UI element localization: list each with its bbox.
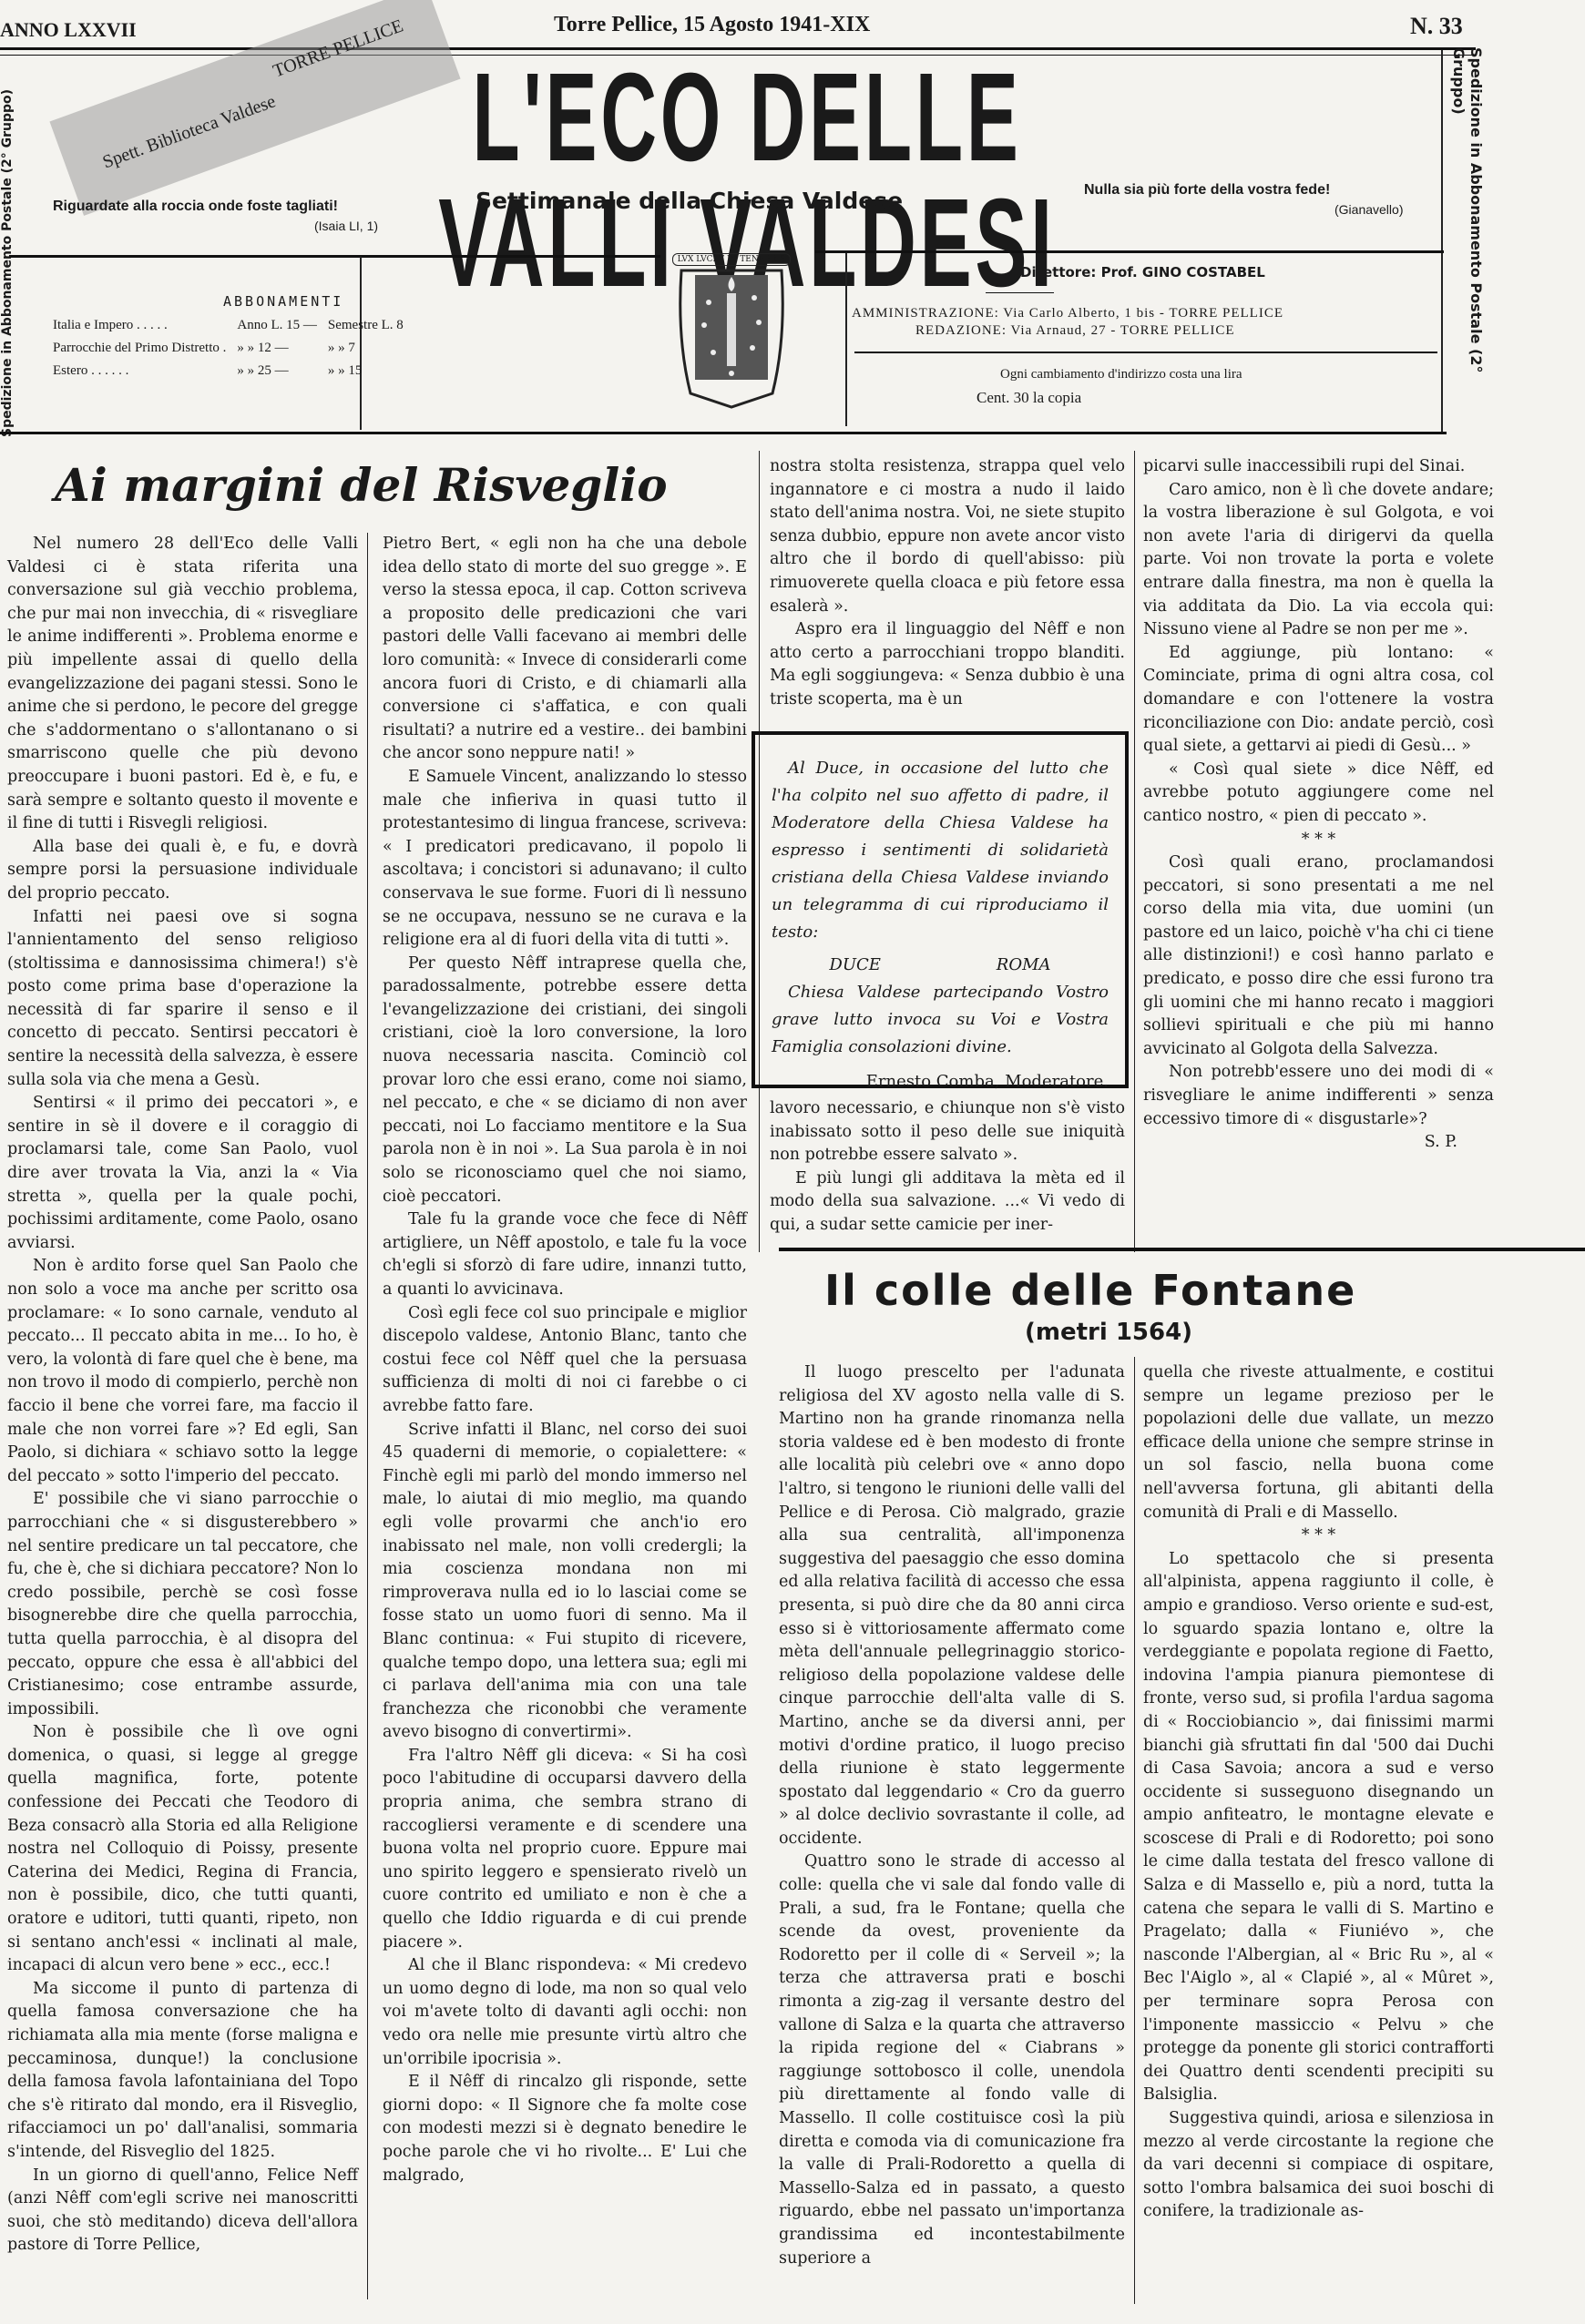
info-band-top-rule [9, 255, 660, 258]
section-separator: * * * [1143, 1524, 1494, 1548]
paragraph: Nel numero 28 dell'Eco delle Valli Valde… [7, 533, 358, 836]
paragraph: Alla base dei quali è, e fu, e dovrà sem… [7, 836, 358, 906]
subscription-anno: Anno L. 15 — [231, 314, 322, 337]
paragraph: nostra stolta resistenza, strappa quel v… [770, 455, 1125, 618]
administration-address: AMMINISTRAZIONE: Via Carlo Alberto, 1 bi… [852, 306, 1283, 321]
article1-column-2: Pietro Bert, « egli non ha che una debol… [383, 533, 747, 2187]
column-divider [1134, 1357, 1135, 2304]
telegram-intro: Al Duce, in occasione del lutto che l'ha… [772, 755, 1109, 946]
paragraph: lavoro necessario, e chiunque non s'è vi… [770, 1097, 1125, 1167]
paragraph: E il Nêff di rincalzo gli risponde, sett… [383, 2071, 747, 2187]
paragraph: Non è possibile che lì ove ogni domenica… [7, 1721, 358, 1978]
motto-right: Nulla sia più forte della vostra fede! [1084, 182, 1330, 199]
paragraph: In un giorno di quell'anno, Felice Neff … [7, 2165, 358, 2258]
paragraph: Non potrebb'essere uno dei modi di « ris… [1143, 1061, 1494, 1131]
telegram-city: ROMA [997, 952, 1051, 979]
telegram-header: DUCE ROMA [772, 952, 1109, 979]
paragraph: Caro amico, non è lì che dovete andare; … [1143, 479, 1494, 642]
article2-title: Il colle delle Fontane [824, 1266, 1356, 1315]
paragraph: E Samuele Vincent, analizzando lo stesso… [383, 766, 747, 953]
postal-side-right: Spedizione in Abbonamento Postale (2° Gr… [1450, 47, 1485, 430]
subscription-row: Estero . . . . . . » » 25 — » » 15 [47, 360, 409, 382]
article1-title: Ai margini del Risveglio [55, 458, 668, 512]
paragraph: Al che il Blanc rispondeva: « Mi credevo… [383, 1954, 747, 2071]
paragraph: « Così qual siete » dice Nêff, ed avrebb… [1143, 759, 1494, 829]
info-band-bottom-rule [0, 432, 1447, 434]
director-line: Direttore: Prof. GINO COSTABEL [1020, 264, 1265, 280]
paragraph: Così egli fece col suo principale e migl… [383, 1302, 747, 1419]
subscription-semestre: Semestre L. 8 [322, 314, 409, 337]
candle-shield-icon [672, 266, 791, 412]
paragraph: Tale fu la grande voce che fece di Nêff … [383, 1208, 747, 1301]
motto-left-ref: (Isaia LI, 1) [314, 219, 378, 233]
paragraph: Ed aggiunge, più lontano: « Cominciate, … [1143, 642, 1494, 759]
paragraph: E più lungi gli additava la mèta ed il m… [770, 1167, 1125, 1238]
director-underline [986, 292, 1054, 293]
column-divider [1134, 451, 1135, 1252]
address-change-note: Ogni cambiamento d'indirizzo costa una l… [1000, 367, 1242, 382]
paragraph: Quattro sono le strade di accesso al col… [779, 1850, 1125, 2270]
paragraph: Per questo Nêff intraprese quella che, p… [383, 953, 747, 1209]
article2-subtitle: (metri 1564) [1025, 1319, 1192, 1346]
paragraph: Suggestiva quindi, ariosa e silenziosa i… [1143, 2107, 1494, 2224]
stamp-line-1: Spett. Biblioteca Valdese [100, 91, 279, 173]
subscription-anno: » » 12 — [231, 337, 322, 360]
paragraph: Infatti nei paesi ove si sogna l'annient… [7, 906, 358, 1093]
article1-column-3-bottom: lavoro necessario, e chiunque non s'è vi… [770, 1097, 1125, 1238]
issue-number: N. 33 [1410, 13, 1463, 40]
paragraph: Sentirsi « il primo dei peccatori », e s… [7, 1092, 358, 1255]
paragraph: Così quali erano, proclamandosi peccator… [1143, 851, 1494, 1061]
paragraph: Pietro Bert, « egli non ha che una debol… [383, 533, 747, 766]
waldensian-emblem: LVX LVCET IN TENEBRIS [672, 253, 791, 417]
admin-divider [845, 253, 847, 426]
subscription-label: Parrocchie del Primo Distretto . [47, 337, 231, 360]
paragraph: quella che riveste attualmente, e costit… [1143, 1361, 1494, 1524]
subscription-row: Parrocchie del Primo Distretto . » » 12 … [47, 337, 409, 360]
section-separator: * * * [1143, 829, 1494, 852]
subscription-semestre: » » 7 [322, 337, 409, 360]
telegram-message: Chiesa Valdese partecipando Vostro grave… [772, 979, 1109, 1061]
dateline: Torre Pellice, 15 Agosto 1941-XIX [554, 13, 870, 37]
copy-price: Cent. 30 la copia [977, 389, 1081, 407]
subscription-label: Estero . . . . . . [47, 360, 231, 382]
volume-label: ANNO LXXVII [0, 18, 137, 42]
info-band-top-rule-right [815, 250, 1444, 253]
subscription-anno: » » 25 — [231, 360, 322, 382]
emblem-motto: LVX LVCET IN TENEBRIS [672, 253, 791, 266]
subtitle: Settimanale della Chiesa Valdese [475, 188, 903, 214]
column-divider [367, 533, 368, 2299]
article1-column-4: picarvi sulle inaccessibili rupi del Sin… [1143, 455, 1494, 1155]
article2-column-1: Il luogo prescelto per l'adunata religio… [779, 1361, 1125, 2270]
paragraph: Fra l'altro Nêff gli diceva: « Si ha cos… [383, 1745, 747, 1954]
article1-column-1: Nel numero 28 dell'Eco delle Valli Valde… [7, 533, 358, 2258]
article1-column-3-top: nostra stolta resistenza, strappa quel v… [770, 455, 1125, 712]
stamp-line-2: TORRE PELLICE [271, 15, 406, 82]
motto-right-ref: (Gianavello) [1334, 202, 1403, 217]
signature: S. P. [1143, 1131, 1494, 1155]
paragraph: Non è ardito forse quel San Paolo che no… [7, 1255, 358, 1488]
paragraph: Il luogo prescelto per l'adunata religio… [779, 1361, 1125, 1850]
paragraph: Aspro era il linguaggio del Nêff e non a… [770, 618, 1125, 711]
side-rule-right [1441, 50, 1443, 433]
editorial-address: REDAZIONE: Via Arnaud, 27 - TORRE PELLIC… [915, 323, 1235, 339]
telegram-to: DUCE [829, 952, 881, 979]
paragraph: Lo spettacolo che si presenta all'alpini… [1143, 1548, 1494, 2107]
subscription-label: Italia e Impero . . . . . [47, 314, 231, 337]
article2-column-2: quella che riveste attualmente, e costit… [1143, 1361, 1494, 2224]
paragraph: Scrive infatti il Blanc, nel corso dei s… [383, 1419, 747, 1745]
paragraph: E' possibile che vi siano parrocchie o p… [7, 1488, 358, 1721]
subscription-semestre: » » 15 [322, 360, 409, 382]
admin-separator [854, 352, 1437, 353]
subscriptions-table: Italia e Impero . . . . . Anno L. 15 — S… [47, 314, 409, 382]
telegram-box: Al Duce, in occasione del lutto che l'ha… [752, 731, 1129, 1088]
paragraph: picarvi sulle inaccessibili rupi del Sin… [1143, 455, 1494, 479]
section-rule [779, 1248, 1585, 1251]
subscriptions-title: ABBONAMENTI [223, 293, 343, 310]
telegram-signature: Ernesto Comba, Moderatore. [772, 1068, 1109, 1096]
paragraph: Ma siccome il punto di partenza di quell… [7, 1978, 358, 2165]
motto-left: Riguardate alla roccia onde foste taglia… [53, 199, 338, 215]
subscription-row: Italia e Impero . . . . . Anno L. 15 — S… [47, 314, 409, 337]
